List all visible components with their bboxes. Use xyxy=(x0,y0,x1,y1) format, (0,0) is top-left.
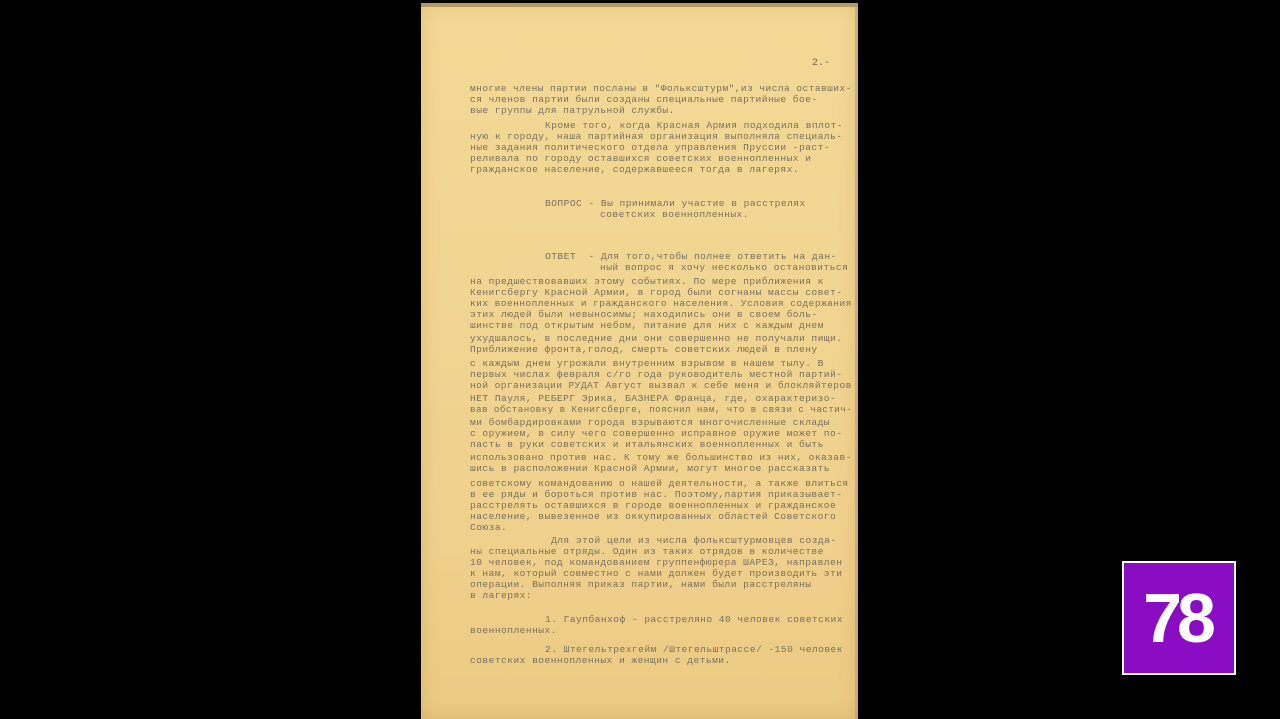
document-line: военнопленных. xyxy=(470,625,557,636)
document-line: ны специальные отряды. Один из таких отр… xyxy=(470,546,824,557)
document-line: этих людей были невыносимы; находились о… xyxy=(470,309,818,320)
document-line: с каждым днем угрожали внутренним взрыво… xyxy=(470,358,824,369)
document-line: ся членов партии были созданы специальны… xyxy=(470,94,818,105)
document-line: в ее ряды и бороться против нас. Поэтому… xyxy=(470,489,842,500)
document-line: с оружием, в силу чего совершенно исправ… xyxy=(470,428,842,439)
document-line: 1. Гаупбанхоф - расстреляно 40 человек с… xyxy=(545,614,843,625)
document-page: 2.- многие члены партии посланы в "Фольк… xyxy=(421,3,858,719)
document-line: ный вопрос я хочу несколько остановиться xyxy=(600,262,848,273)
document-line: первых числах февраля с/го года руководи… xyxy=(470,369,842,380)
document-line: советских военнопленных и женщин с детьм… xyxy=(470,655,731,666)
document-line: население, вывезенное из оккупированных … xyxy=(470,511,836,522)
document-line: шись в расположении Красной Армии, могут… xyxy=(470,463,830,474)
document-line: шинстве под открытым небом, питание для … xyxy=(470,320,824,331)
document-line: ную к городу, наша партийная организация… xyxy=(470,131,842,142)
document-line: ких военнопленных и гражданского населен… xyxy=(470,298,852,309)
document-line: Союза. xyxy=(470,522,507,533)
document-line: ухудшалось, в последние дни они совершен… xyxy=(470,333,842,344)
document-line: ми бомбардировками города взрываются мно… xyxy=(470,417,830,428)
channel-logo-text: 78 xyxy=(1143,583,1211,653)
document-line: многие члены партии посланы в "Фольксшту… xyxy=(470,83,852,94)
document-line: ОТВЕТ - Для того,чтобы полнее ответить н… xyxy=(545,251,837,262)
document-line: использовано против нас. К тому же больш… xyxy=(470,452,852,463)
document-line: Приближение фронта,голод, смерть советск… xyxy=(470,344,818,355)
document-line: советских военнопленных. xyxy=(600,209,749,220)
document-line: пасть в руки советских и итальянских вое… xyxy=(470,439,824,450)
document-line: к нам, который совместно с нами должен б… xyxy=(470,568,842,579)
document-line: ные задания политического отдела управле… xyxy=(470,142,830,153)
document-line: вав обстановку в Кенигсберге, пояснил на… xyxy=(470,404,852,415)
document-line: на предшествовавших этому событиях. По м… xyxy=(470,276,824,287)
document-line: реливала по городу оставшихся советских … xyxy=(470,153,811,164)
document-line: советскому командованию о нашей деятельн… xyxy=(470,478,849,489)
document-line: Для этой цели из числа фольксштурмовцев … xyxy=(551,535,837,546)
document-line: гражданское население, содержавшееся тог… xyxy=(470,164,799,175)
document-line: ВОПРОС - Вы принимали участие в расстрел… xyxy=(545,198,806,209)
channel-logo: 78 xyxy=(1122,561,1236,675)
document-line: Кенигсбергу Красной Армии, в город были … xyxy=(470,287,842,298)
document-line: вые группы для патрульной службы. xyxy=(470,105,675,116)
document-line: расстрелять оставшихся в городе военнопл… xyxy=(470,500,836,511)
page-number: 2.- xyxy=(812,58,830,69)
document-line: 2. Штегельтрехгейм /Штегельштрассе/ -150… xyxy=(545,644,843,655)
document-line: ной организации РУДАТ Август вызвал к се… xyxy=(470,380,852,391)
document-line: операции. Выполняя приказ партии, нами б… xyxy=(470,579,811,590)
document-line: 10 человек, под командованием группенфюр… xyxy=(470,557,842,568)
document-line: НЕТ Пауля, РЕБЕРГ Эрика, БАЗНЕРА Франца,… xyxy=(470,393,836,404)
document-line: Кроме того, когда Красная Армия подходил… xyxy=(545,120,843,131)
document-line: в лагерях: xyxy=(470,590,532,601)
